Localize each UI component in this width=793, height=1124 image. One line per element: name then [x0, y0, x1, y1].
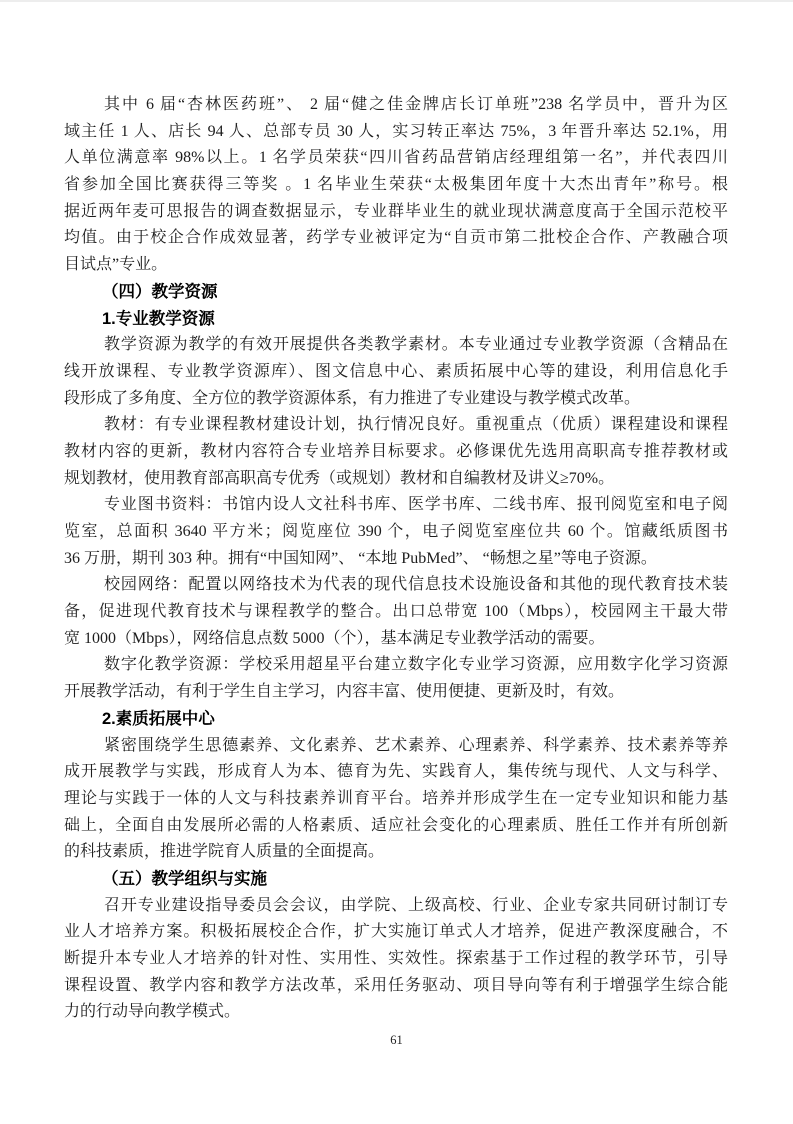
text-line: 据近两年麦可思报告的调查数据显示，专业群毕业生的就业现状满意度高于全国示范校平	[64, 199, 728, 226]
text-line: 宽 1000（Mbps），网络信息点数 5000（个），基本满足专业教学活动的需…	[64, 626, 728, 653]
paragraph: 其中 6 届“杏林医药班”、 2 届“健之佳金牌店长订单班”238 名学员中，晋…	[64, 92, 728, 279]
text-line: 域主任 1 人、店长 94 人、总部专员 30 人，实习转正率达 75%，3 年…	[64, 119, 728, 146]
section-heading: 2.素质拓展中心	[64, 706, 728, 733]
text-line: 力的行动导向教学模式。	[64, 999, 728, 1026]
text-line: 教材：有专业课程教材建设计划，执行情况良好。重视重点（优质）课程建设和课程	[64, 412, 728, 439]
paragraph: 数字化教学资源：学校采用超星平台建立数字化专业学习资源，应用数字化学习资源开展教…	[64, 652, 728, 705]
text-line: 目试点”专业。	[64, 252, 728, 279]
text-line: 的科技素质，推进学院育人质量的全面提高。	[64, 839, 728, 866]
text-line: 课程设置、教学内容和教学方法改革，采用任务驱动、项目导向等有利于增强学生综合能	[64, 973, 728, 1000]
text-line: 础上，全面自由发展所必需的人格素质、适应社会变化的心理素质、胜任工作并有所创新	[64, 813, 728, 840]
text-line: 理论与实践于一体的人文与科技素养训育平台。培养并形成学生在一定专业知识和能力基	[64, 786, 728, 813]
text-line: 教材内容的更新，教材内容符合专业培养目标要求。必修课优先选用高职高专推荐教材或	[64, 439, 728, 466]
text-line: 开展教学活动，有利于学生自主学习，内容丰富、使用便捷、更新及时，有效。	[64, 679, 728, 706]
paragraph: 召开专业建设指导委员会会议，由学院、上级高校、行业、企业专家共同研讨制订专业人才…	[64, 893, 728, 1026]
text-line: 断提升本专业人才培养的针对性、实用性、实效性。探索基于工作过程的教学环节，引导	[64, 946, 728, 973]
paragraph: 教材：有专业课程教材建设计划，执行情况良好。重视重点（优质）课程建设和课程教材内…	[64, 412, 728, 492]
text-line: 段形成了多角度、全方位的教学资源体系，有力推进了专业建设与教学模式改革。	[64, 386, 728, 413]
text-line: 均值。由于校企合作成效显著，药学专业被评定为“自贡市第二批校企合作、产教融合项	[64, 225, 728, 252]
section-heading: 1.专业教学资源	[64, 306, 728, 333]
text-line: 36 万册，期刊 303 种。拥有“中国知网”、 “本地 PubMed”、 “畅…	[64, 546, 728, 573]
paragraph: 紧密围绕学生思德素养、文化素养、艺术素养、心理素养、科学素养、技术素养等养成开展…	[64, 733, 728, 866]
text-line: 数字化教学资源：学校采用超星平台建立数字化专业学习资源，应用数字化学习资源	[64, 652, 728, 679]
document-page: 其中 6 届“杏林医药班”、 2 届“健之佳金牌店长订单班”238 名学员中，晋…	[0, 0, 793, 1124]
text-line: 业人才培养方案。积极拓展校企合作，扩大实施订单式人才培养，促进产教深度融合，不	[64, 919, 728, 946]
section-heading: （五）教学组织与实施	[64, 866, 728, 893]
document-body: 其中 6 届“杏林医药班”、 2 届“健之佳金牌店长订单班”238 名学员中，晋…	[64, 92, 728, 1026]
text-line: 人单位满意率 98%以上。1 名学员荣获“四川省药品营销店经理组第一名”，并代表…	[64, 145, 728, 172]
paragraph: 校园网络：配置以网络技术为代表的现代信息技术设施设备和其他的现代教育技术装备，促…	[64, 572, 728, 652]
text-line: 规划教材，使用教育部高职高专优秀（或规划）教材和自编教材及讲义≥70%。	[64, 466, 728, 493]
text-line: 校园网络：配置以网络技术为代表的现代信息技术设施设备和其他的现代教育技术装	[64, 572, 728, 599]
text-line: 省参加全国比赛获得三等奖 。1 名毕业生荣获“太极集团年度十大杰出青年”称号。根	[64, 172, 728, 199]
paragraph: 教学资源为教学的有效开展提供各类教学素材。本专业通过专业教学资源（含精品在线开放…	[64, 332, 728, 412]
page-number: 61	[0, 1033, 793, 1048]
text-line: 教学资源为教学的有效开展提供各类教学素材。本专业通过专业教学资源（含精品在	[64, 332, 728, 359]
text-line: 成开展教学与实践，形成育人为本、德育为先、实践育人，集传统与现代、人文与科学、	[64, 759, 728, 786]
text-line: 线开放课程、专业教学资源库）、图文信息中心、素质拓展中心等的建设，利用信息化手	[64, 359, 728, 386]
text-line: 召开专业建设指导委员会会议，由学院、上级高校、行业、企业专家共同研讨制订专	[64, 893, 728, 920]
text-line: 备，促进现代教育技术与课程教学的整合。出口总带宽 100（Mbps），校园网主干…	[64, 599, 728, 626]
text-line: 紧密围绕学生思德素养、文化素养、艺术素养、心理素养、科学素养、技术素养等养	[64, 733, 728, 760]
paragraph: 专业图书资料：书馆内设人文社科书库、医学书库、二线书库、报刊阅览室和电子阅览室，…	[64, 492, 728, 572]
text-line: 其中 6 届“杏林医药班”、 2 届“健之佳金牌店长订单班”238 名学员中，晋…	[64, 92, 728, 119]
text-line: 览室，总面积 3640 平方米；阅览座位 390 个，电子阅览室座位共 60 个…	[64, 519, 728, 546]
section-heading: （四）教学资源	[64, 279, 728, 306]
text-line: 专业图书资料：书馆内设人文社科书库、医学书库、二线书库、报刊阅览室和电子阅	[64, 492, 728, 519]
